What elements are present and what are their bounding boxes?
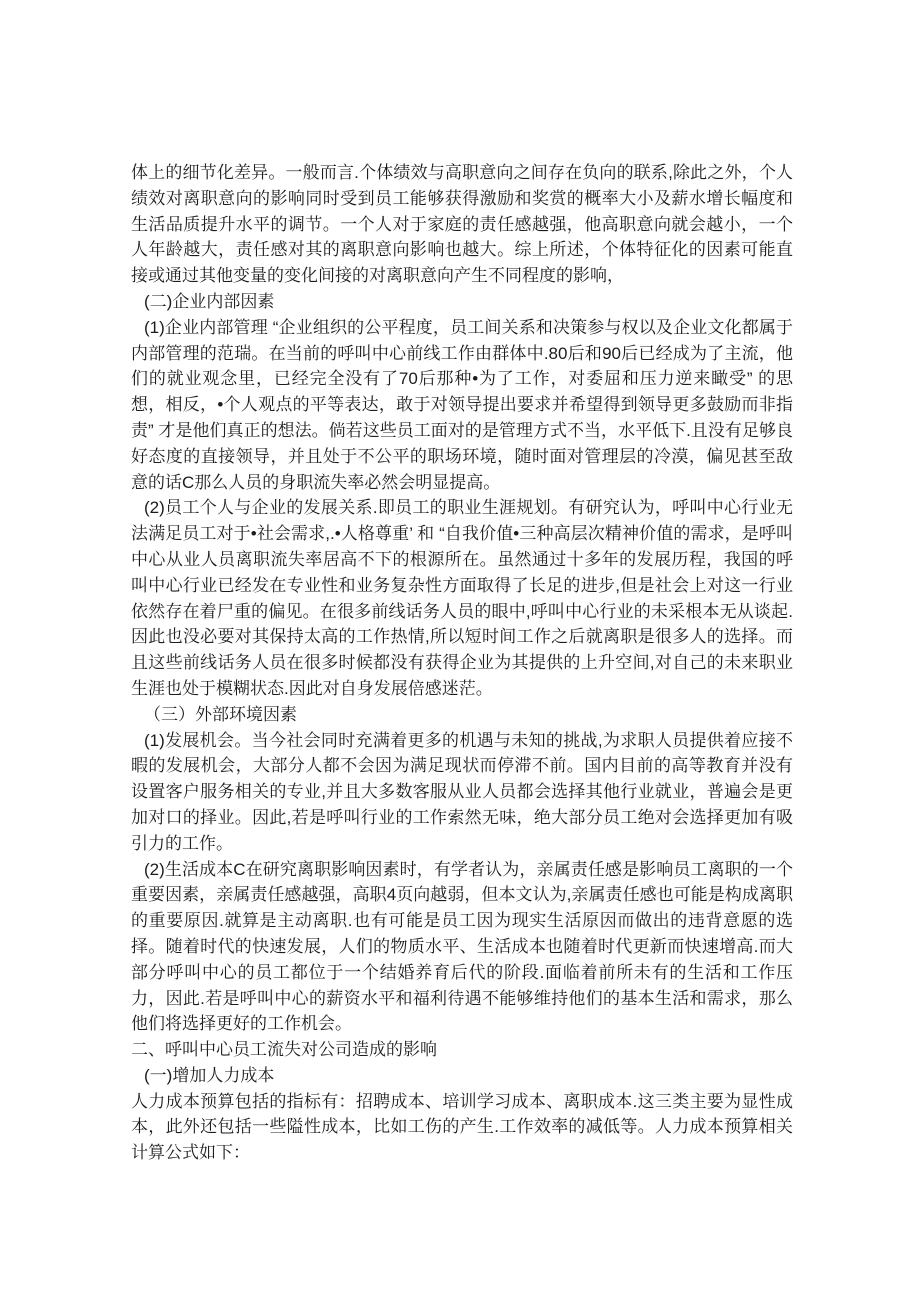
paragraph-labor-cost-budget: 人力成本预算包括的指标有：招聘成本、培训学习成本、离职成本.这三类主要为显性成本…	[131, 1089, 793, 1166]
paragraph-employee-enterprise-development: (2)员工个人与企业的发展关系.即员工的职业生涯规划。有研究认为，呼叫中心行业无…	[131, 495, 793, 701]
paragraph-development-opportunities: (1)发展机会。当今社会同时充满着更多的机遇与未知的挑战,为求职人员提供着应接不…	[131, 728, 793, 857]
heading-section-1-increased-labor-costs: (一)增加人力成本	[131, 1063, 793, 1089]
paragraph-living-costs: (2)生活成本C在研究离职影响因素时，有学者认为，亲属责任感是影响员工离职的一个…	[131, 857, 793, 1038]
heading-section-2-internal-enterprise-factors: (二)企业内部因素	[131, 289, 793, 315]
paragraph-individual-factors-continued: 体上的细节化差异。一般而言.个体绩效与高职意向之间存在负向的联系,除此之外，个人…	[131, 160, 793, 289]
paragraph-internal-management: (1)企业内部管理 “企业组织的公平程度，员工间关系和决策参与权以及企业文化都属…	[131, 315, 793, 496]
document-page: 体上的细节化差异。一般而言.个体绩效与高职意向之间存在负向的联系,除此之外，个人…	[0, 0, 920, 1301]
document-body: 体上的细节化差异。一般而言.个体绩效与高职意向之间存在负向的联系,除此之外，个人…	[131, 160, 793, 1166]
heading-section-3-external-environment-factors: （三）外部环境因素	[131, 702, 793, 728]
heading-chapter-2-impact-of-staff-turnover: 二、呼叫中心员工流失对公司造成的影响	[131, 1037, 793, 1063]
